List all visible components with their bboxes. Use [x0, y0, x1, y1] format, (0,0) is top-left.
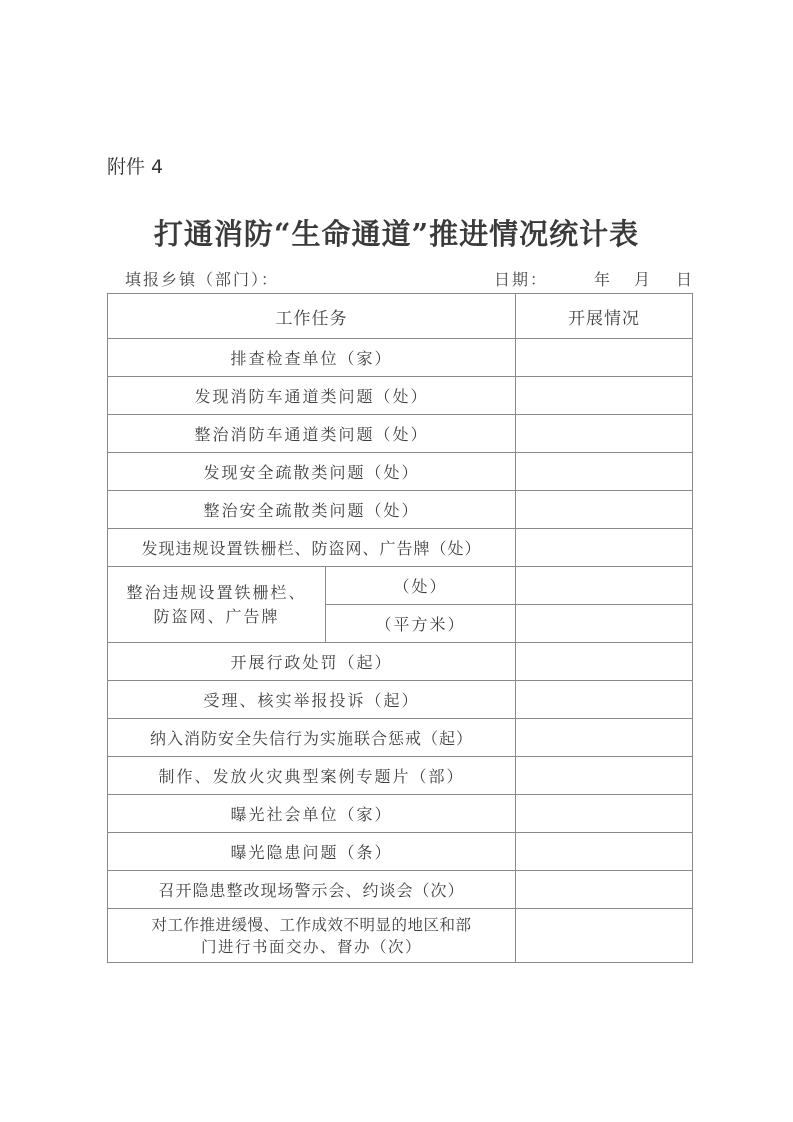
task-cell: 召开隐患整改现场警示会、约谈会（次） — [108, 871, 516, 909]
value-cell[interactable] — [516, 909, 693, 963]
table-row: 纳入消防安全失信行为实施联合惩戒（起） — [108, 719, 693, 757]
merged-task-line2: 防盗网、广告牌 — [108, 605, 325, 629]
task-cell: 开展行政处罚（起） — [108, 643, 516, 681]
value-cell[interactable] — [516, 643, 693, 681]
task-cell: 排查检查单位（家） — [108, 339, 516, 377]
date-month: 月 — [634, 267, 652, 290]
table-row: 发现安全疏散类问题（处） — [108, 453, 693, 491]
task-cell: 曝光隐患问题（条） — [108, 833, 516, 871]
task-cell: 发现安全疏散类问题（处） — [108, 453, 516, 491]
date-year: 年 — [594, 267, 612, 290]
task-cell-two-line: 对工作推进缓慢、工作成效不明显的地区和部 门进行书面交办、督办（次） — [108, 909, 516, 963]
header-progress: 开展情况 — [516, 294, 693, 339]
fill-unit-label: 填报乡镇（部门）： — [125, 267, 279, 290]
task-cell: 曝光社会单位（家） — [108, 795, 516, 833]
value-cell[interactable] — [516, 339, 693, 377]
value-cell[interactable] — [516, 719, 693, 757]
value-cell[interactable] — [516, 605, 693, 643]
table-row: 发现消防车通道类问题（处） — [108, 377, 693, 415]
table-row: 受理、核实举报投诉（起） — [108, 681, 693, 719]
merged-task-cell: 整治违规设置铁栅栏、 防盗网、广告牌 — [108, 567, 326, 643]
task-line1: 对工作推进缓慢、工作成效不明显的地区和部 — [108, 914, 515, 936]
task-cell: 制作、发放火灾典型案例专题片（部） — [108, 757, 516, 795]
value-cell[interactable] — [516, 567, 693, 605]
merged-task-line1: 整治违规设置铁栅栏、 — [108, 581, 325, 605]
page-title: 打通消防“生命通道”推进情况统计表 — [0, 212, 793, 253]
table-row: 整治消防车通道类问题（处） — [108, 415, 693, 453]
value-cell[interactable] — [516, 453, 693, 491]
value-cell[interactable] — [516, 757, 693, 795]
value-cell[interactable] — [516, 415, 693, 453]
table-row: 曝光社会单位（家） — [108, 795, 693, 833]
task-cell: 整治消防车通道类问题（处） — [108, 415, 516, 453]
task-cell: 受理、核实举报投诉（起） — [108, 681, 516, 719]
task-line2: 门进行书面交办、督办（次） — [108, 936, 515, 958]
table-row-last: 对工作推进缓慢、工作成效不明显的地区和部 门进行书面交办、督办（次） — [108, 909, 693, 963]
value-cell[interactable] — [516, 681, 693, 719]
table-row-merged: 整治违规设置铁栅栏、 防盗网、广告牌 （处） — [108, 567, 693, 605]
value-cell[interactable] — [516, 795, 693, 833]
task-cell: 发现违规设置铁栅栏、防盗网、广告牌（处） — [108, 529, 516, 567]
value-cell[interactable] — [516, 529, 693, 567]
date-label: 日期： — [494, 267, 548, 290]
date-day: 日 — [676, 267, 694, 290]
table-row: 发现违规设置铁栅栏、防盗网、广告牌（处） — [108, 529, 693, 567]
attachment-label: 附件 4 — [107, 152, 163, 179]
header-task: 工作任务 — [108, 294, 516, 339]
value-cell[interactable] — [516, 491, 693, 529]
task-cell: 纳入消防安全失信行为实施联合惩戒（起） — [108, 719, 516, 757]
statistics-table: 工作任务 开展情况 排查检查单位（家） 发现消防车通道类问题（处） 整治消防车通… — [107, 293, 693, 963]
unit-cell: （处） — [326, 567, 516, 605]
table-row: 开展行政处罚（起） — [108, 643, 693, 681]
value-cell[interactable] — [516, 377, 693, 415]
table-row: 召开隐患整改现场警示会、约谈会（次） — [108, 871, 693, 909]
value-cell[interactable] — [516, 871, 693, 909]
unit-cell: （平方米） — [326, 605, 516, 643]
table-header-row: 工作任务 开展情况 — [108, 294, 693, 339]
task-cell: 发现消防车通道类问题（处） — [108, 377, 516, 415]
table-row: 曝光隐患问题（条） — [108, 833, 693, 871]
table-row: 制作、发放火灾典型案例专题片（部） — [108, 757, 693, 795]
task-cell: 整治安全疏散类问题（处） — [108, 491, 516, 529]
table-row: 排查检查单位（家） — [108, 339, 693, 377]
value-cell[interactable] — [516, 833, 693, 871]
table-row: 整治安全疏散类问题（处） — [108, 491, 693, 529]
